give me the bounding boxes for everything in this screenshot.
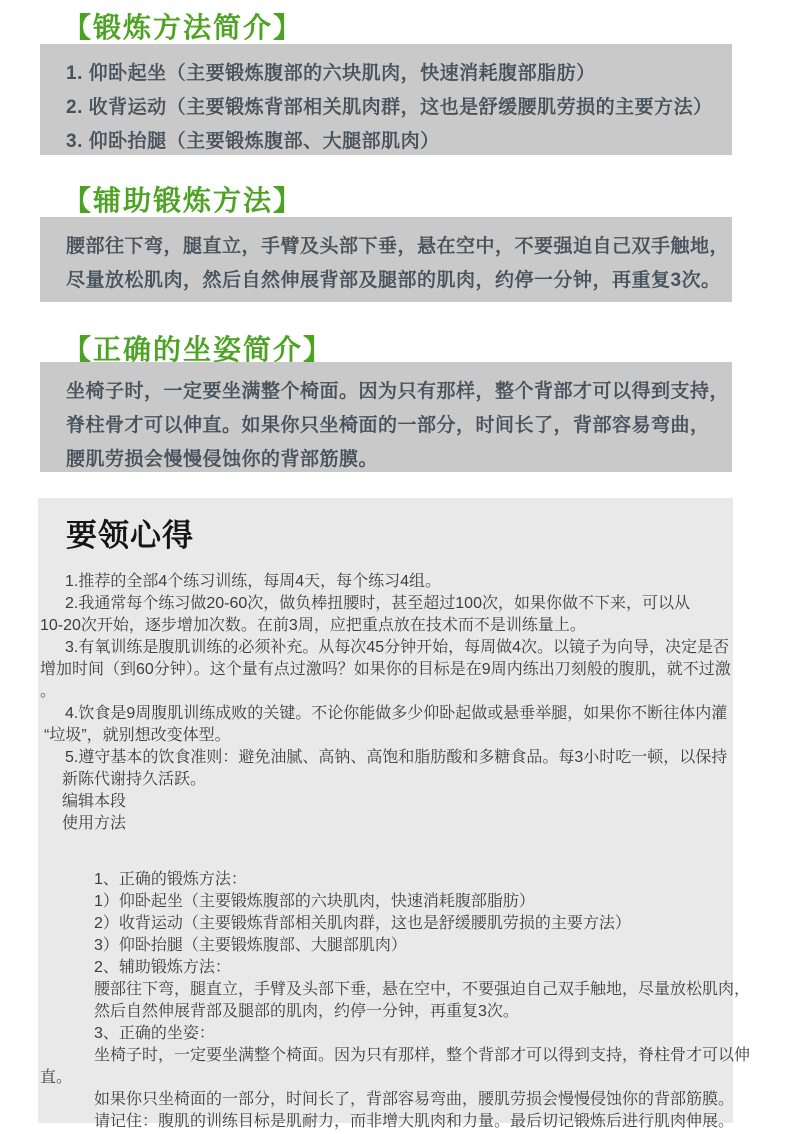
note-line: 坐椅子时，一定要坐满整个椅面。因为只有那样，整个背部才可以得到支持，脊柱骨才可以…	[94, 1045, 733, 1067]
note-line: 如果你只坐椅面的一部分，时间长了，背部容易弯曲，腰肌劳损会慢慢侵蚀你的背部筋膜。	[94, 1089, 733, 1111]
note-line: 编辑本段	[62, 791, 733, 813]
note-line: 腰部往下弯，腿直立，手臂及头部下垂，悬在空中，不要强迫自己双手触地，尽量放松肌肉…	[94, 979, 733, 1001]
auxiliary-method-line: 尽量放松肌肉，然后自然伸展背部及腿部的肌肉，约停一分钟，再重复3次。	[66, 264, 718, 298]
note-line: 直。	[40, 1067, 733, 1089]
note-line: 5.遵守基本的饮食准则：避免油腻、高钠、高饱和脂肪酸和多糖食品。每3小时吃一顿，…	[65, 747, 733, 769]
correct-sitting-line: 腰肌劳损会慢慢侵蚀你的背部筋膜。	[66, 443, 718, 477]
correct-sitting-line: 脊柱骨才可以伸直。如果你只坐椅面的一部分，时间长了，背部容易弯曲，	[66, 409, 718, 443]
notes-panel: 要领心得 1.推荐的全部4个练习训练，每周4天，每个练习4组。2.我通常每个练习…	[38, 498, 733, 1123]
section-heading-exercise-methods: 【锻炼方法简介】	[63, 6, 303, 46]
note-line: 。	[40, 681, 733, 703]
section-heading-auxiliary-methods: 【辅助锻炼方法】	[63, 179, 303, 219]
note-line: 新陈代谢持久活跃。	[62, 769, 733, 791]
note-line: 1.推荐的全部4个练习训练，每周4天，每个练习4组。	[65, 571, 733, 593]
note-line: 1）仰卧起坐（主要锻炼腹部的六块肌肉，快速消耗腹部脂肪）	[94, 891, 733, 913]
note-line	[38, 852, 733, 869]
note-line: 然后自然伸展背部及腿部的肌肉，约停一分钟，再重复3次。	[94, 1001, 733, 1023]
exercise-method-line: 2. 收背运动（主要锻炼背部相关肌肉群，这也是舒缓腰肌劳损的主要方法）	[66, 91, 718, 125]
notes-panel-title: 要领心得	[66, 510, 733, 555]
note-line: “垃圾”，就别想改变体型。	[44, 725, 733, 747]
correct-sitting-box: 坐椅子时，一定要坐满整个椅面。因为只有那样，整个背部才可以得到支持，脊柱骨才可以…	[40, 362, 732, 472]
note-line: 1、正确的锻炼方法：	[94, 869, 733, 891]
note-line: 10-20次开始，逐步增加次数。在前3周，应把重点放在技术而不是训练量上。	[40, 615, 733, 637]
exercise-method-line: 1. 仰卧起坐（主要锻炼腹部的六块肌肉，快速消耗腹部脂肪）	[66, 57, 718, 91]
note-line	[38, 835, 733, 852]
exercise-method-line: 3. 仰卧抬腿（主要锻炼腹部、大腿部肌肉）	[66, 125, 718, 159]
note-line: 3、正确的坐姿：	[94, 1023, 733, 1045]
note-line: 4.饮食是9周腹肌训练成败的关键。不论你能做多少仰卧起做或悬垂举腿，如果你不断往…	[65, 703, 733, 725]
notes-panel-body: 1.推荐的全部4个练习训练，每周4天，每个练习4组。2.我通常每个练习做20-6…	[38, 571, 733, 1133]
note-line: 请记住：腹肌的训练目标是肌耐力，而非增大肌肉和力量。最后切记锻炼后进行肌肉伸展。	[94, 1111, 733, 1133]
note-line: 增加时间（到60分钟）。这个量有点过激吗？如果你的目标是在9周内练出刀刻般的腹肌…	[40, 659, 733, 681]
note-line: 使用方法	[62, 813, 733, 835]
note-line: 2.我通常每个练习做20-60次，做负棒扭腰时，甚至超过100次，如果你做不下来…	[65, 593, 733, 615]
note-line: 2）收背运动（主要锻炼背部相关肌肉群，这也是舒缓腰肌劳损的主要方法）	[94, 913, 733, 935]
note-line: 3）仰卧抬腿（主要锻炼腹部、大腿部肌肉）	[94, 935, 733, 957]
auxiliary-method-line: 腰部往下弯，腿直立，手臂及头部下垂，悬在空中，不要强迫自己双手触地，	[66, 230, 718, 264]
note-line: 2、辅助锻炼方法：	[94, 957, 733, 979]
exercise-methods-box: 1. 仰卧起坐（主要锻炼腹部的六块肌肉，快速消耗腹部脂肪）2. 收背运动（主要锻…	[40, 44, 732, 155]
correct-sitting-line: 坐椅子时，一定要坐满整个椅面。因为只有那样，整个背部才可以得到支持，	[66, 375, 718, 409]
auxiliary-methods-box: 腰部往下弯，腿直立，手臂及头部下垂，悬在空中，不要强迫自己双手触地，尽量放松肌肉…	[40, 217, 732, 302]
note-line: 3.有氧训练是腹肌训练的必须补充。从每次45分钟开始，每周做4次。以镜子为向导，…	[65, 637, 733, 659]
